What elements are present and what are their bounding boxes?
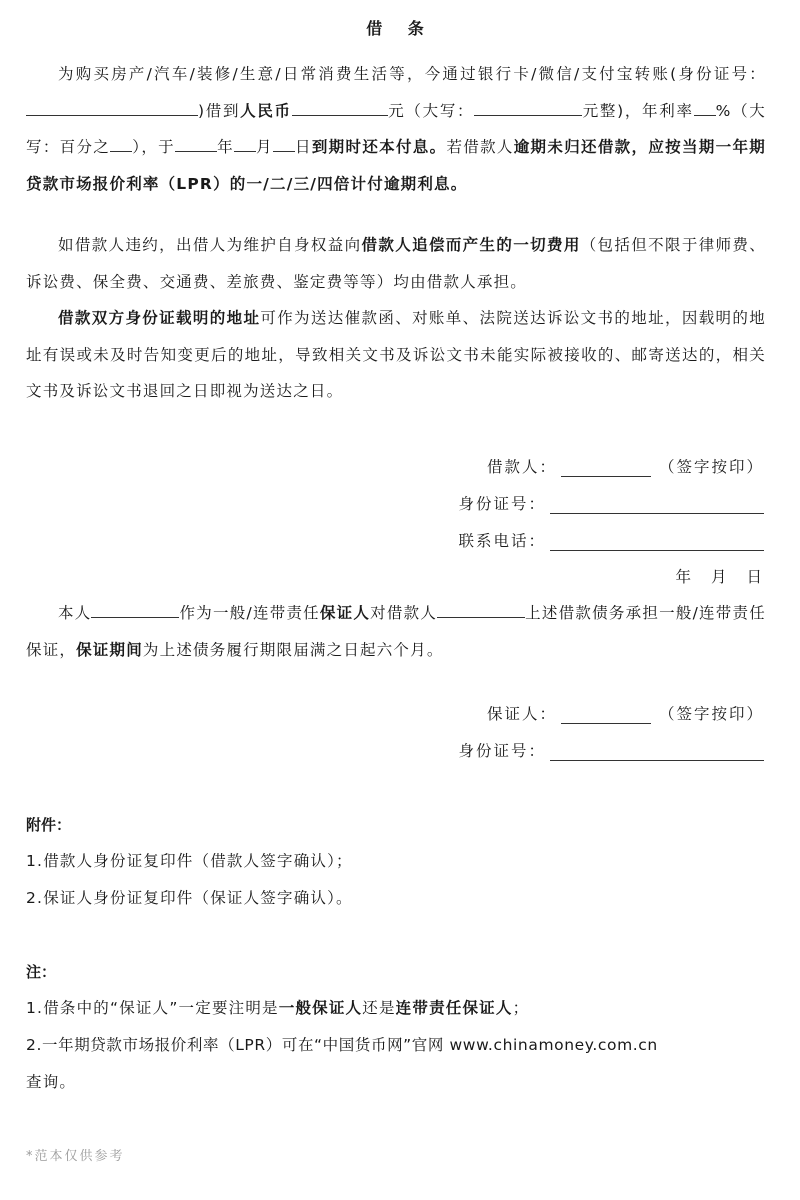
guarantor-id-field[interactable] xyxy=(550,744,764,761)
joint-guarantor-term: 连带责任保证人 xyxy=(396,999,513,1017)
sign-note: （签字按印） xyxy=(659,455,764,477)
month-label: 月 xyxy=(256,138,273,156)
borrower-id-row: 身份证号： xyxy=(458,492,764,514)
guarantor-id-label: 身份证号： xyxy=(458,739,546,761)
note-item-1: 1.借条中的“保证人”一定要注明是一般保证人还是连带责任保证人； xyxy=(26,996,529,1018)
address-clause: 借款双方身份证载明的地址 xyxy=(58,309,260,327)
borrower-id-field[interactable] xyxy=(550,497,764,514)
rmb-label: 人民币 xyxy=(240,102,292,120)
guarantor-signature-field[interactable] xyxy=(561,707,651,724)
borrower-phone-row: 联系电话： xyxy=(458,529,764,551)
borrower-phone-field[interactable] xyxy=(550,534,764,551)
attachment-item: 2.保证人身份证复印件（保证人签字确认）。 xyxy=(26,886,353,908)
document-title: 借 条 xyxy=(0,16,800,39)
breach-text: 如借款人违约，出借人为维护自身权益向 xyxy=(58,236,362,254)
due-month-blank[interactable] xyxy=(234,133,256,152)
rate-caps-blank[interactable] xyxy=(110,133,132,152)
breach-paragraph: 如借款人违约，出借人为维护自身权益向借款人追偿而产生的一切费用（包括但不限于律师… xyxy=(26,227,766,300)
yuan-close: 元整)， xyxy=(582,102,642,120)
amount-caps-blank[interactable] xyxy=(474,97,582,116)
due-prefix: ），于 xyxy=(132,138,175,156)
guarantor-label: 保证人： xyxy=(487,702,557,724)
note-end: ； xyxy=(513,999,530,1017)
borrower-id-blank[interactable] xyxy=(26,97,198,116)
notes-heading: 注： xyxy=(26,961,56,982)
borrowed-text: )借到 xyxy=(198,102,240,120)
amount-caps-label: 元（大写： xyxy=(388,102,474,120)
guarantee-period-term: 保证期间 xyxy=(76,641,143,659)
borrower-name-blank[interactable] xyxy=(437,599,525,618)
if-borrower-text: 若借款人 xyxy=(446,138,513,156)
amount-blank[interactable] xyxy=(292,97,388,116)
guarantee-to: 对借款人 xyxy=(370,604,437,622)
date-month: 月 xyxy=(711,565,727,587)
due-terms: 到期时还本付息。 xyxy=(312,138,447,156)
breach-costs: 借款人追偿而产生的一切费用 xyxy=(362,236,581,254)
id-label: (身份证号： xyxy=(670,65,766,83)
date-day: 日 xyxy=(746,565,762,587)
due-year-blank[interactable] xyxy=(175,133,217,152)
due-day-blank[interactable] xyxy=(273,133,295,152)
guarantor-name-blank[interactable] xyxy=(91,599,179,618)
guarantor-sign-note: （签字按印） xyxy=(659,702,764,724)
day-label: 日 xyxy=(295,138,312,156)
general-guarantor-term: 一般保证人 xyxy=(279,999,363,1017)
borrower-signature-field[interactable] xyxy=(561,460,651,477)
guarantee-paragraph: 本人作为一般/连带责任保证人对借款人上述借款债务承担一般/连带责任保证，保证期间… xyxy=(26,595,766,668)
note-text: 1.借条中的“保证人”一定要注明是 xyxy=(26,999,279,1017)
guarantee-self: 本人 xyxy=(58,604,91,622)
sample-footnote: *范本仅供参考 xyxy=(26,1145,125,1164)
guarantor-sign-row: 保证人： （签字按印） xyxy=(487,702,764,724)
borrower-date-row: 年 月 日 xyxy=(675,565,762,587)
attachments-heading: 附件： xyxy=(26,814,71,835)
date-year: 年 xyxy=(675,565,691,587)
address-paragraph: 借款双方身份证载明的地址可作为送达催款函、对账单、法院送达诉讼文书的地址，因载明… xyxy=(26,300,766,410)
borrower-label: 借款人： xyxy=(487,455,557,477)
borrower-phone-label: 联系电话： xyxy=(458,529,546,551)
loan-paragraph: 为购买房产/汽车/装修/生意/日常消费生活等，今通过银行卡/微信/支付宝转账(身… xyxy=(26,56,766,202)
borrower-id-label: 身份证号： xyxy=(458,492,546,514)
guarantor-id-row: 身份证号： xyxy=(458,739,764,761)
rate-label: 年利率 xyxy=(642,102,694,120)
guarantor-term: 保证人 xyxy=(320,604,370,622)
note-item-2-cont: 查询。 xyxy=(26,1070,76,1092)
year-label: 年 xyxy=(217,138,234,156)
note-or: 还是 xyxy=(362,999,395,1017)
note-item-2: 2.一年期贷款市场报价利率（LPR）可在“中国货币网”官网 www.chinam… xyxy=(26,1033,658,1055)
borrower-sign-row: 借款人： （签字按印） xyxy=(487,455,764,477)
loan-purpose-text: 为购买房产/汽车/装修/生意/日常消费生活等，今通过银行卡/微信/支付宝转账 xyxy=(58,65,670,83)
guarantee-period: 为上述债务履行期限届满之日起六个月。 xyxy=(143,641,444,659)
rate-blank[interactable] xyxy=(694,97,716,116)
attachment-item: 1.借款人身份证复印件（借款人签字确认）； xyxy=(26,849,353,871)
guarantee-as: 作为一般/连带责任 xyxy=(179,604,319,622)
